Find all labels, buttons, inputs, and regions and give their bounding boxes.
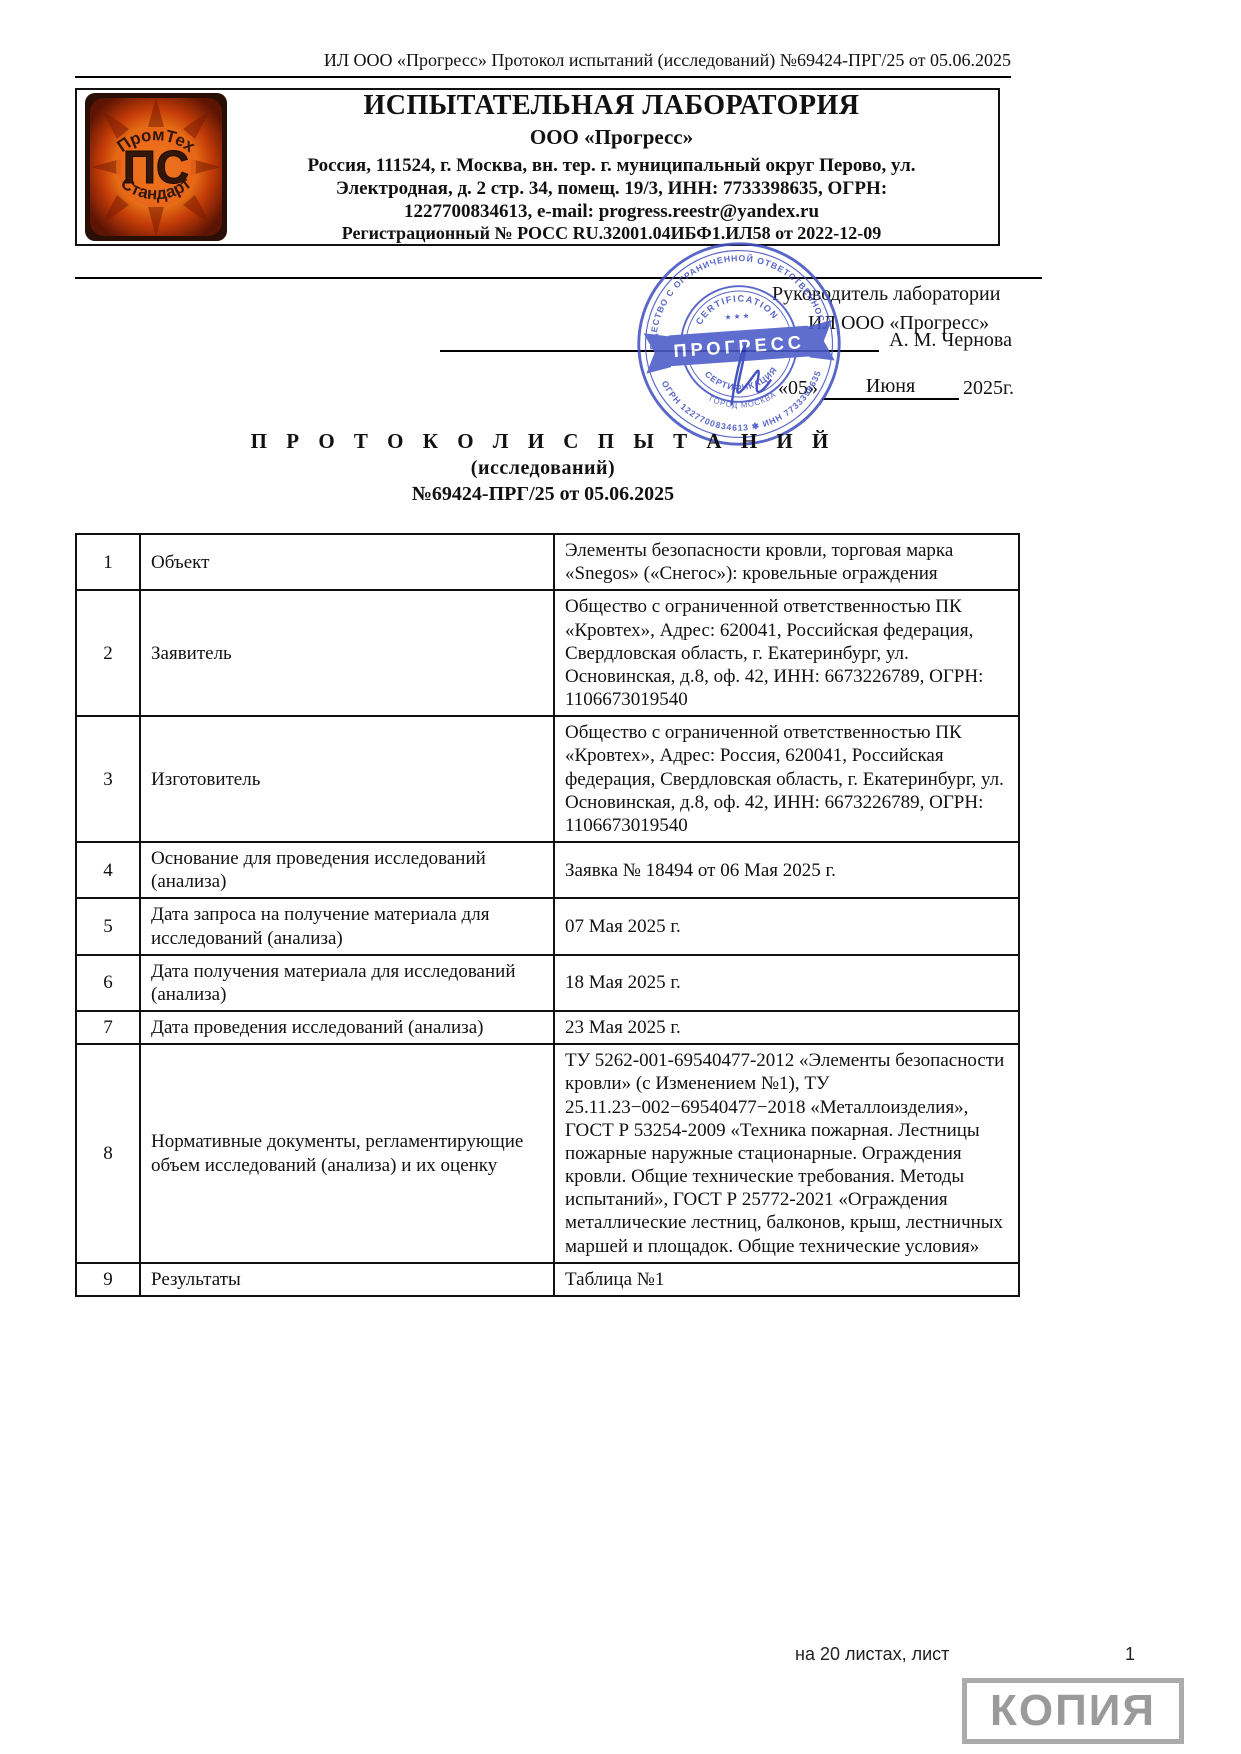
table-row: 7 Дата проведения исследований (анализа)… (76, 1011, 1019, 1044)
protocol-page: ИЛ ООО «Прогресс» Протокол испытаний (ис… (0, 0, 1241, 1754)
row-value: 18 Мая 2025 г. (554, 955, 1019, 1011)
table-row: 6 Дата получения материала для исследова… (76, 955, 1019, 1011)
row-label: Изготовитель (140, 716, 554, 842)
row-number: 9 (76, 1263, 140, 1296)
running-header: ИЛ ООО «Прогресс» Протокол испытаний (ис… (75, 50, 1011, 78)
protocol-table: 1 Объект Элементы безопасности кровли, т… (75, 533, 1020, 1297)
signature-name: А. М. Чернова (889, 329, 1012, 352)
doc-title-line2: (исследований) (75, 455, 1011, 481)
row-number: 5 (76, 898, 140, 954)
footer-sheets-text: на 20 листах, лист (795, 1644, 949, 1665)
table-row: 8 Нормативные документы, регламентирующи… (76, 1044, 1019, 1263)
row-label: Заявитель (140, 590, 554, 716)
row-value: Заявка № 18494 от 06 Мая 2025 г. (554, 842, 1019, 898)
row-label: Нормативные документы, регламентирующие … (140, 1044, 554, 1263)
signature-year: 2025г. (963, 377, 1014, 400)
row-number: 2 (76, 590, 140, 716)
row-value: Таблица №1 (554, 1263, 1019, 1296)
row-label: Дата запроса на получение материала для … (140, 898, 554, 954)
doc-title-line3: №69424-ПРГ/25 от 05.06.2025 (75, 481, 1011, 507)
row-value: ТУ 5262-001-69540477-2012 «Элементы безо… (554, 1044, 1019, 1263)
doc-title-block: П Р О Т О К О Л И С П Ы Т А Н И Й (иссле… (75, 428, 1011, 507)
row-number: 4 (76, 842, 140, 898)
row-label: Объект (140, 534, 554, 590)
row-number: 3 (76, 716, 140, 842)
row-value: Общество с ограниченной ответственностью… (554, 716, 1019, 842)
lab-header-text: ИСПЫТАТЕЛЬНАЯ ЛАБОРАТОРИЯ ООО «Прогресс»… (233, 89, 990, 245)
lab-title: ИСПЫТАТЕЛЬНАЯ ЛАБОРАТОРИЯ (233, 89, 990, 123)
table-row: 4 Основание для проведения исследований … (76, 842, 1019, 898)
copy-stamp: КОПИЯ (962, 1678, 1184, 1744)
doc-title-line1: П Р О Т О К О Л И С П Ы Т А Н И Й (75, 428, 1011, 455)
lab-header-box: ПромТех Стандарт ПС ИСПЫТАТЕЛЬНАЯ ЛАБОРА… (75, 88, 1000, 246)
row-label: Результаты (140, 1263, 554, 1296)
lab-address-line1: Россия, 111524, г. Москва, вн. тер. г. м… (233, 154, 990, 177)
row-value: 23 Мая 2025 г. (554, 1011, 1019, 1044)
row-label: Дата проведения исследований (анализа) (140, 1011, 554, 1044)
row-number: 7 (76, 1011, 140, 1044)
promtech-logo-icon: ПромТех Стандарт ПС (85, 93, 227, 241)
footer-pagination: на 20 листах, лист 1 (795, 1644, 1135, 1665)
promtech-logo: ПромТех Стандарт ПС (85, 93, 227, 241)
lab-org: ООО «Прогресс» (233, 125, 990, 151)
lab-address-line3: 1227700834613, e-mail: progress.reestr@y… (233, 200, 990, 223)
table-row: 5 Дата запроса на получение материала дл… (76, 898, 1019, 954)
table-row: 9 Результаты Таблица №1 (76, 1263, 1019, 1296)
lab-round-stamp: ОБЩЕСТВО С ОГРАНИЧЕННОЙ ОТВЕТСТВЕННОСТЬЮ… (621, 231, 857, 458)
row-number: 6 (76, 955, 140, 1011)
table-row: 2 Заявитель Общество с ограниченной отве… (76, 590, 1019, 716)
row-value: Общество с ограниченной ответственностью… (554, 590, 1019, 716)
row-label: Основание для проведения исследований (а… (140, 842, 554, 898)
lab-registration: Регистрационный № РОСС RU.32001.04ИБФ1.И… (233, 223, 990, 245)
logo-monogram: ПС (123, 141, 189, 193)
table-row: 1 Объект Элементы безопасности кровли, т… (76, 534, 1019, 590)
header-divider-rule (75, 277, 1042, 279)
row-label: Дата получения материала для исследовани… (140, 955, 554, 1011)
footer-page-number: 1 (1125, 1644, 1135, 1665)
table-row: 3 Изготовитель Общество с ограниченной о… (76, 716, 1019, 842)
row-value: Элементы безопасности кровли, торговая м… (554, 534, 1019, 590)
stamp-stars: ★ ★ ★ (724, 311, 750, 322)
row-value: 07 Мая 2025 г. (554, 898, 1019, 954)
lab-address-line2: Электродная, д. 2 стр. 34, помещ. 19/3, … (233, 177, 990, 200)
round-stamp-icon: ОБЩЕСТВО С ОГРАНИЧЕННОЙ ОТВЕТСТВЕННОСТЬЮ… (621, 231, 857, 458)
row-number: 8 (76, 1044, 140, 1263)
row-number: 1 (76, 534, 140, 590)
